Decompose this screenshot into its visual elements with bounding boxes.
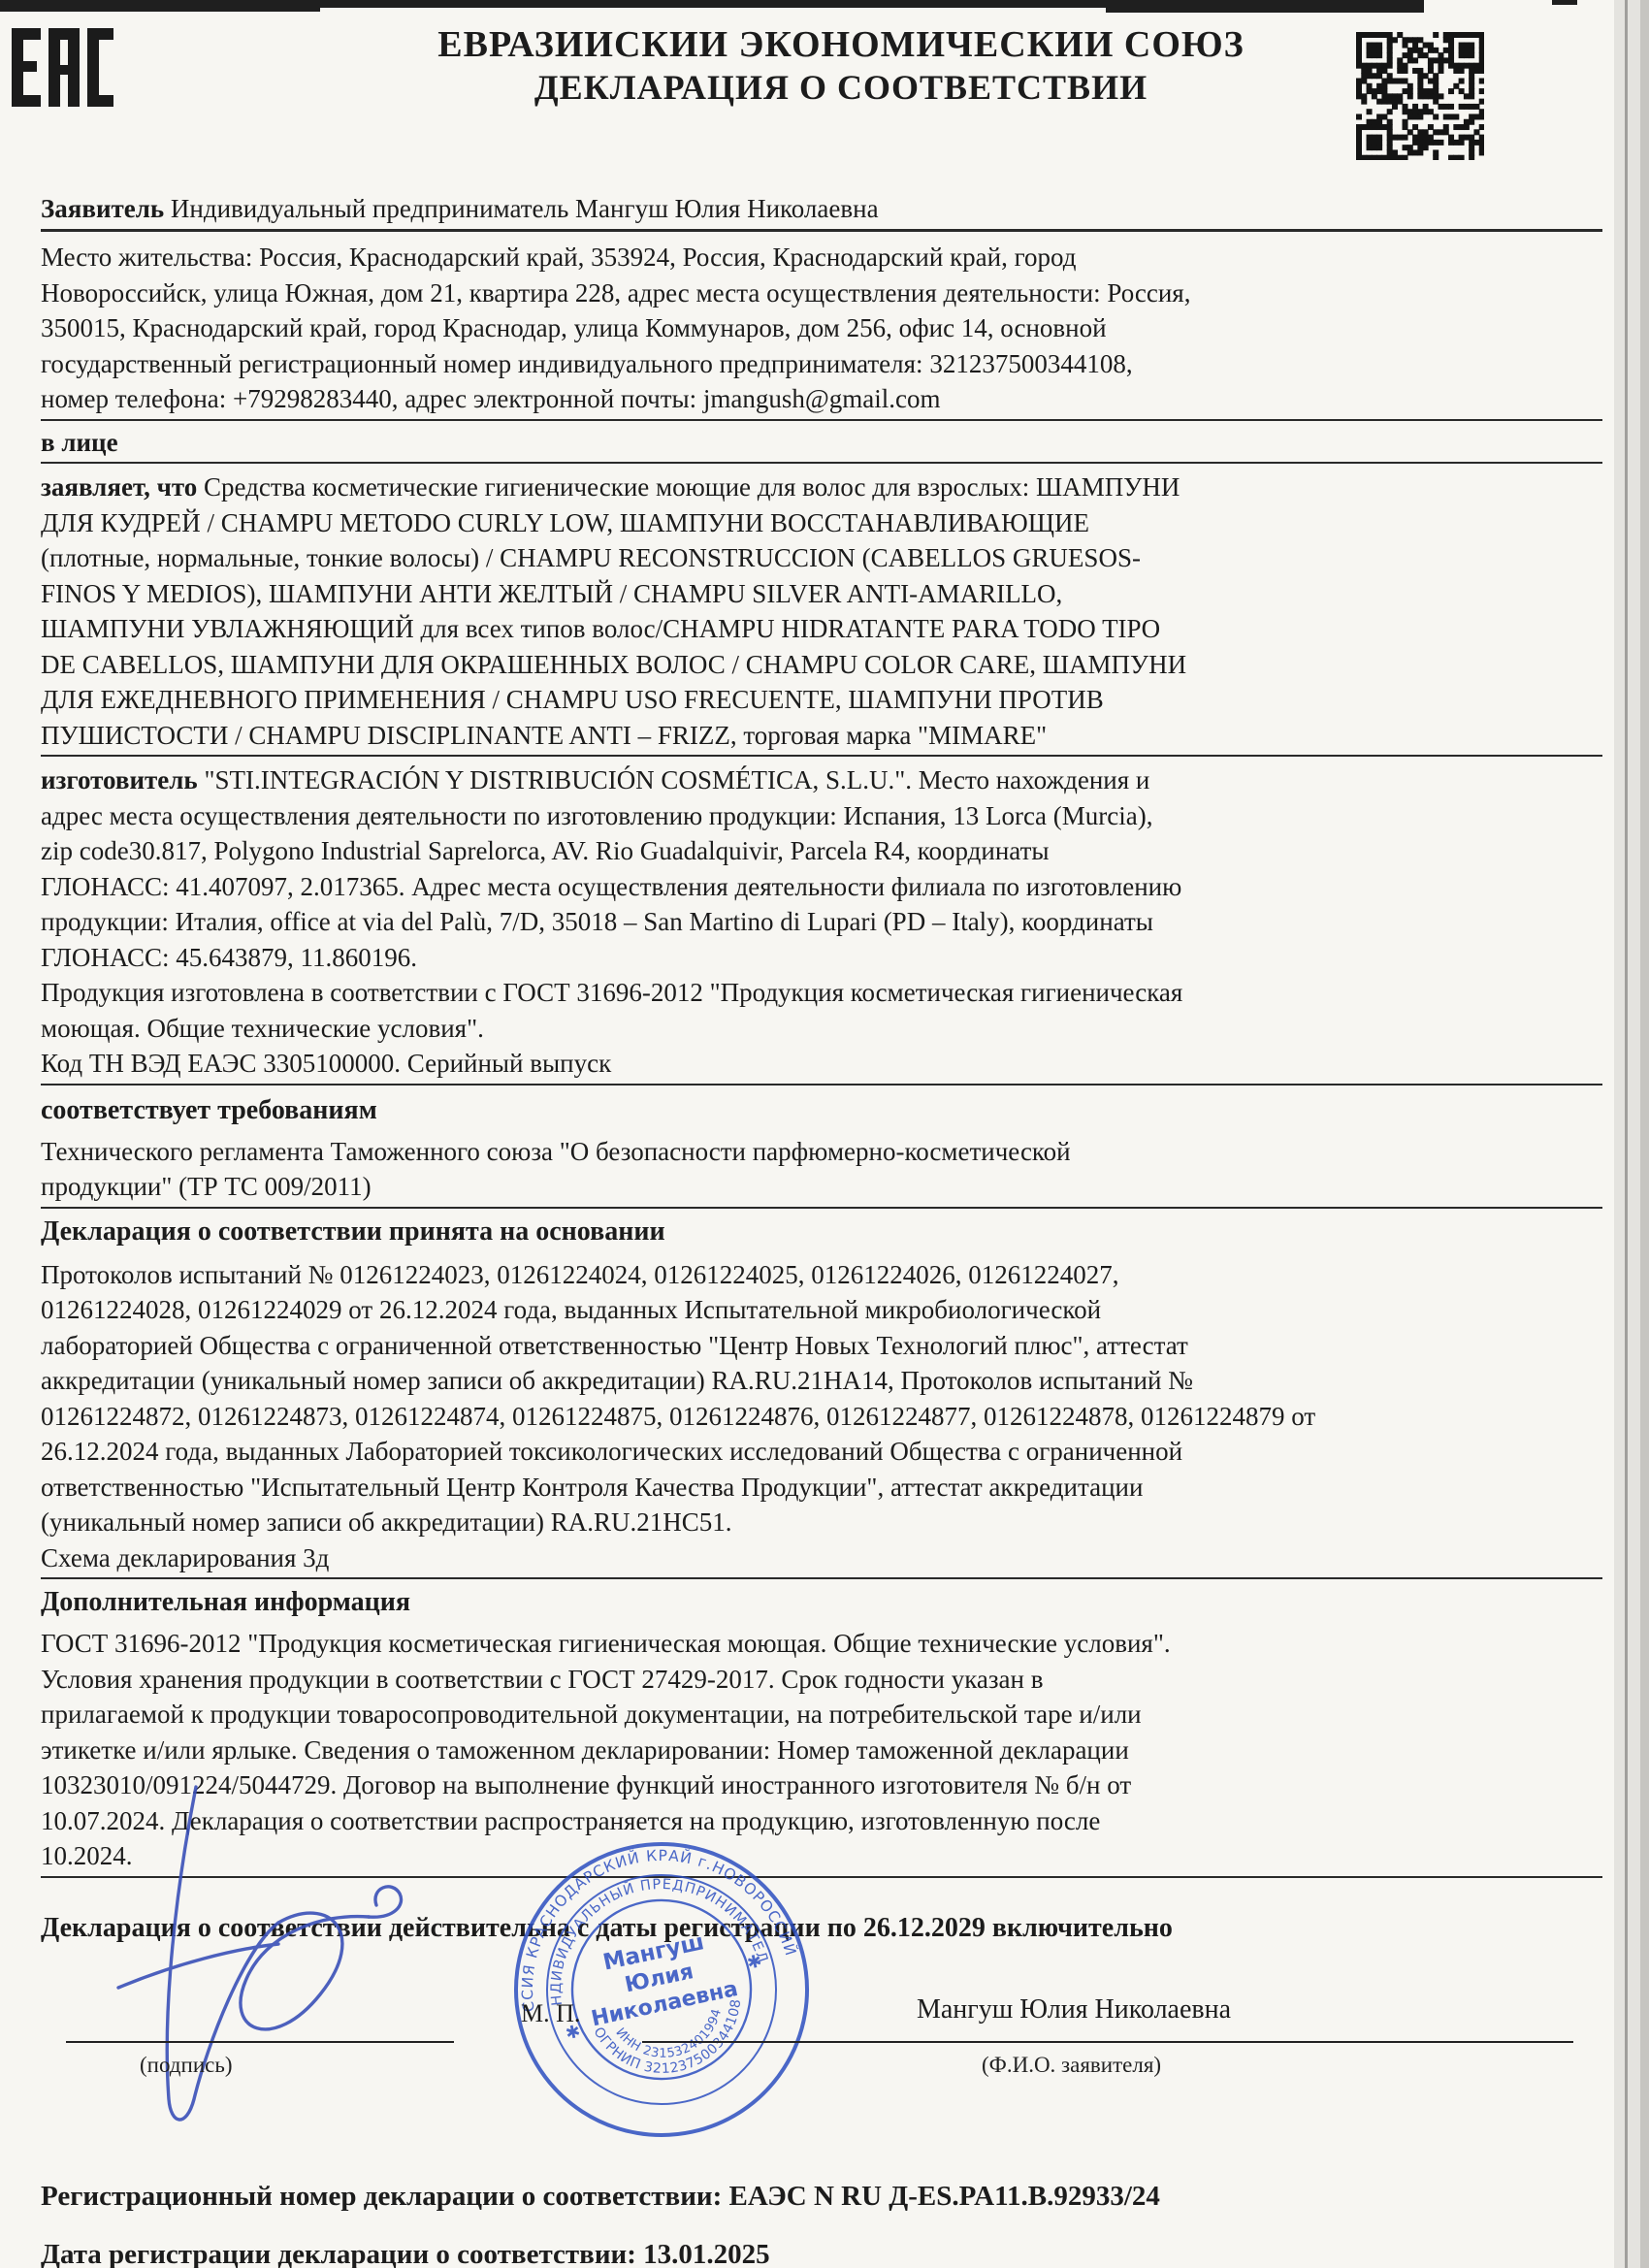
manufacturer-value: "STI.INTEGRACIÓN Y DISTRIBUCIÓN COSMÉTIC…: [41, 765, 1181, 972]
signature-line: [66, 2041, 454, 2043]
residence-paragraph: Место жительства: Россия, Краснодарский …: [41, 240, 1602, 417]
title-declaration: ДЕКЛАРАЦИЯ О СООТВЕТСТВИИ: [196, 66, 1486, 109]
divider: [41, 1084, 1602, 1085]
divider: [41, 229, 1602, 232]
stamp: РОССИЯ КРАСНОДАРСКИЙ КРАЙ г.НОВОРОССИЙСК…: [495, 1823, 828, 2156]
scan-artifact-top: [1552, 0, 1577, 5]
applicant-label: Заявитель: [41, 194, 164, 223]
gost-line: Продукция изготовлена в соответствии с Г…: [41, 975, 1602, 1046]
divider: [41, 755, 1602, 757]
signature-zone: РОССИЯ КРАСНОДАРСКИЙ КРАЙ г.НОВОРОССИЙСК…: [41, 1944, 1602, 2165]
declares-value: Средства косметические гигиенические мою…: [41, 472, 1186, 750]
divider: [41, 462, 1602, 464]
registration-date-line: Дата регистрации декларации о соответств…: [41, 2237, 1602, 2268]
document-title: ЕВРАЗИИСКИИ ЭКОНОМИЧЕСКИИ СОЮЗ ДЕКЛАРАЦИ…: [196, 23, 1486, 109]
signature: [60, 1779, 448, 2138]
divider: [41, 1577, 1602, 1579]
scan-artifact-top: [0, 0, 320, 12]
manufacturer-label: изготовитель: [41, 765, 198, 794]
in-person-label: в лице: [41, 425, 1602, 461]
declares-label: заявляет, что: [41, 472, 197, 502]
signature-caption: (подпись): [140, 2053, 232, 2078]
fio-caption: (Ф.И.О. заявителя): [982, 2053, 1161, 2078]
applicant-row: Заявитель Индивидуальный предприниматель…: [41, 190, 1602, 227]
declaration-document: ЕВРАЗИИСКИИ ЭКОНОМИЧЕСКИИ СОЮЗ ДЕКЛАРАЦИ…: [0, 23, 1649, 2268]
applicant-value: Индивидуальный предприниматель Мангуш Юл…: [164, 194, 878, 223]
basis-heading: Декларация о соответствии принята на осн…: [41, 1215, 1602, 1249]
scan-artifact-top: [320, 0, 1106, 8]
additional-heading: Дополнительная информация: [41, 1585, 1602, 1620]
applicant-fio: Мангуш Юлия Николаевна: [846, 1994, 1302, 2025]
divider: [41, 419, 1602, 421]
complies-heading: соответствует требованиям: [41, 1093, 1602, 1128]
declares-paragraph: заявляет, что Средства косметические гиг…: [41, 470, 1602, 753]
registration-number-line: Регистрационный номер декларации о соотв…: [41, 2179, 1602, 2214]
divider: [41, 1207, 1602, 1209]
complies-paragraph: Технического регламента Таможенного союз…: [41, 1134, 1602, 1205]
manufacturer-paragraph: изготовитель "STI.INTEGRACIÓN Y DISTRIBU…: [41, 762, 1602, 975]
basis-paragraph: Протоколов испытаний № 01261224023, 0126…: [41, 1257, 1602, 1540]
scheme-line: Схема декларирования 3д: [41, 1540, 1602, 1576]
tnved-line: Код ТН ВЭД ЕАЭС 3305100000. Серийный вып…: [41, 1046, 1602, 1082]
stamp-place-label: М. П.: [521, 1999, 580, 2028]
title-union: ЕВРАЗИИСКИИ ЭКОНОМИЧЕСКИИ СОЮЗ: [196, 23, 1486, 66]
fio-line: [642, 2041, 1573, 2043]
scan-artifact-top: [1106, 0, 1424, 13]
